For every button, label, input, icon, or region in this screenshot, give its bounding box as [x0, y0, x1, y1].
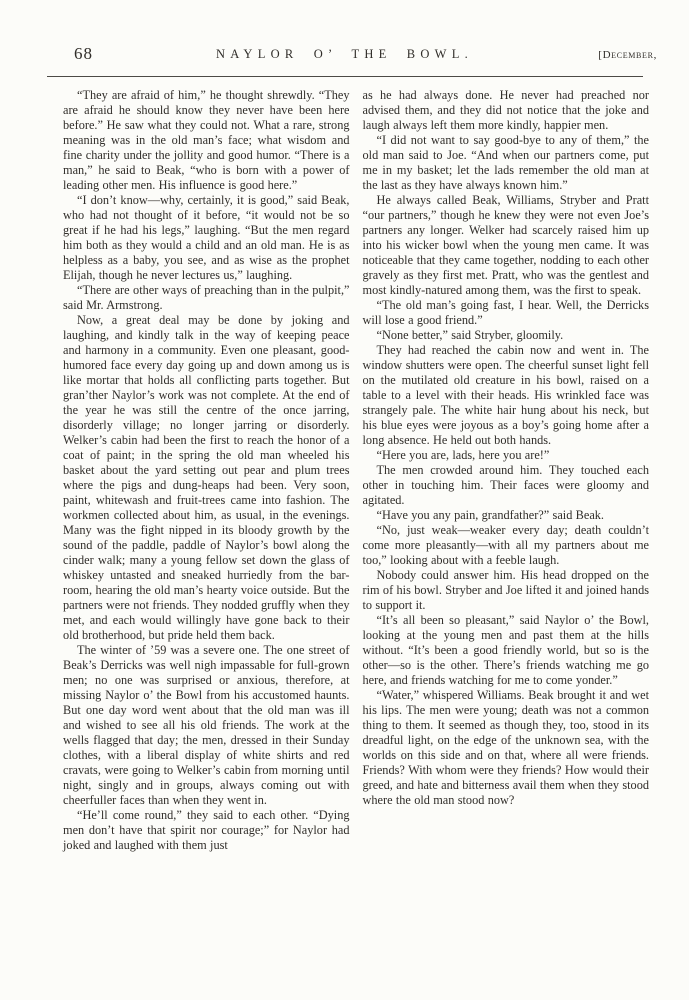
- issue-date: [December,: [598, 49, 657, 61]
- header-rule: [47, 76, 643, 77]
- paragraph: as he had always done. He never had prea…: [363, 88, 650, 133]
- paragraph: Nobody could answer him. His head droppe…: [363, 568, 650, 613]
- paragraph: “It’s all been so pleasant,” said Naylor…: [363, 613, 650, 688]
- paragraph: “There are other ways of preaching than …: [63, 283, 350, 313]
- paragraph: The winter of ’59 was a severe one. The …: [63, 643, 350, 808]
- paragraph: “Here you are, lads, here you are!”: [363, 448, 650, 463]
- paragraph: “He’ll come round,” they said to each ot…: [63, 808, 350, 853]
- paragraph: The men crowded around him. They touched…: [363, 463, 650, 508]
- paragraph: “Have you any pain, grandfather?” said B…: [363, 508, 650, 523]
- paragraph: Now, a great deal may be done by joking …: [63, 313, 350, 643]
- page-number: 68: [74, 44, 93, 64]
- paragraph: “No, just weak—weaker every day; death c…: [363, 523, 650, 568]
- paragraph: “The old man’s going fast, I hear. Well,…: [363, 298, 650, 328]
- paragraph: “I did not want to say good-bye to any o…: [363, 133, 650, 193]
- paragraph: “Water,” whispered Williams. Beak brough…: [363, 688, 650, 808]
- page-header: 68 NAYLOR O’ THE BOWL. [December,: [0, 44, 689, 68]
- running-title: NAYLOR O’ THE BOWL.: [0, 44, 689, 62]
- paragraph: “None better,” said Stryber, gloomily.: [363, 328, 650, 343]
- paragraph: “They are afraid of him,” he thought shr…: [63, 88, 350, 193]
- paragraph: “I don’t know—why, certainly, it is good…: [63, 193, 350, 283]
- text-columns: “They are afraid of him,” he thought shr…: [63, 88, 649, 853]
- paragraph: He always called Beak, Williams, Stryber…: [363, 193, 650, 298]
- right-column: as he had always done. He never had prea…: [363, 88, 650, 853]
- book-page: 68 NAYLOR O’ THE BOWL. [December, “They …: [0, 0, 689, 1000]
- paragraph: They had reached the cabin now and went …: [363, 343, 650, 448]
- left-column: “They are afraid of him,” he thought shr…: [63, 88, 350, 853]
